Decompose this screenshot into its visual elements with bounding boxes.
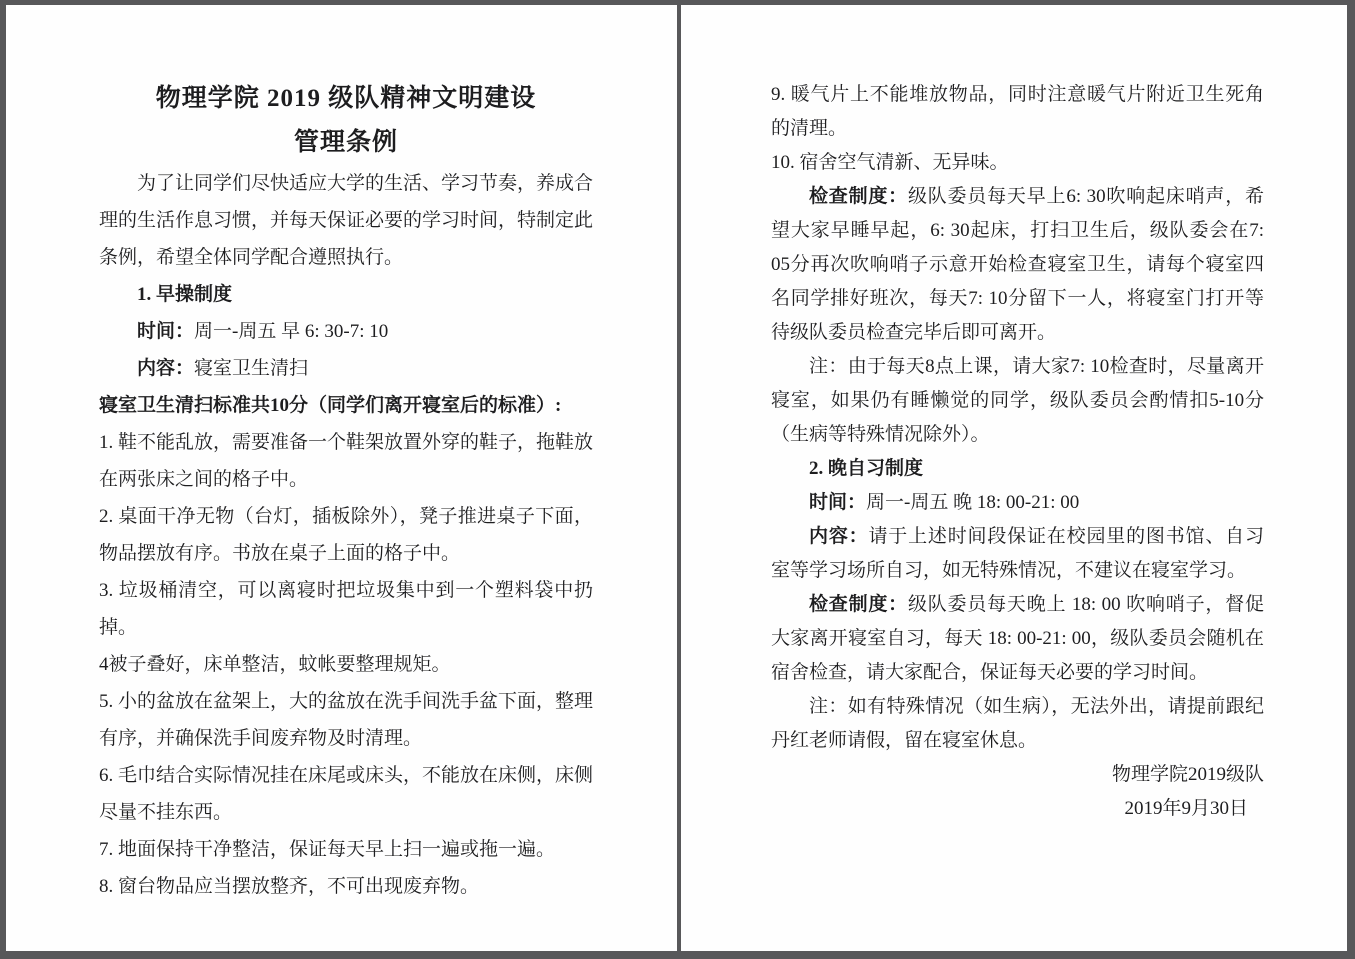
time-label-2: 时间：: [809, 492, 866, 513]
content-label: 内容：: [137, 358, 194, 379]
signature-line: 物理学院2019级队: [771, 758, 1264, 792]
morning-note-paragraph: 注：由于每天8点上课，请大家7: 10检查时，尽量离开寝室，如果仍有睡懒觉的同学…: [771, 350, 1264, 452]
content-value: 寝室卫生清扫: [194, 358, 308, 379]
rule-item-3: 3. 垃圾桶清空，可以离寝时把垃圾集中到一个塑料袋中扔掉。: [99, 572, 593, 646]
page-2: 9. 暖气片上不能堆放物品，同时注意暖气片附近卫生死角的清理。 10. 宿舍空气…: [681, 5, 1347, 951]
rule-item-6: 6. 毛巾结合实际情况挂在床尾或床头，不能放在床侧，床侧尽量不挂东西。: [99, 757, 593, 831]
intro-paragraph: 为了让同学们尽快适应大学的生活、学习节奏，养成合理的生活作息习惯，并每天保证必要…: [99, 165, 593, 276]
page-1: 物理学院 2019 级队精神文明建设 管理条例 为了让同学们尽快适应大学的生活、…: [6, 5, 677, 951]
content-label-2: 内容：: [809, 526, 868, 547]
date-line: 2019年9月30日: [771, 792, 1264, 826]
rule-item-1: 1. 鞋不能乱放，需要准备一个鞋架放置外穿的鞋子，拖鞋放在两张床之间的格子中。: [99, 424, 593, 498]
rule-item-9: 9. 暖气片上不能堆放物品，同时注意暖气片附近卫生死角的清理。: [771, 78, 1264, 146]
time-value-2: 周一-周五 晚 18: 00-21: 00: [866, 492, 1079, 513]
evening-check-paragraph: 检查制度：级队委员每天晚上 18: 00 吹响哨子，督促大家离开寝室自习，每天 …: [771, 588, 1264, 690]
document-title-line2: 管理条例: [99, 121, 593, 165]
document-title-line1: 物理学院 2019 级队精神文明建设: [99, 77, 593, 121]
section-2-time-row: 时间：周一-周五 晚 18: 00-21: 00: [771, 486, 1264, 520]
rule-item-5: 5. 小的盆放在盆架上，大的盆放在洗手间洗手盆下面，整理有序，并确保洗手间废弃物…: [99, 683, 593, 757]
time-value: 周一-周五 早 6: 30-7: 10: [194, 321, 388, 342]
section-1-heading: 1. 早操制度: [99, 276, 593, 313]
rule-item-10: 10. 宿舍空气清新、无异味。: [771, 146, 1264, 180]
rule-item-7: 7. 地面保持干净整洁，保证每天早上扫一遍或拖一遍。: [99, 831, 593, 868]
check-system-label-2: 检查制度：: [809, 594, 908, 615]
section-1-time-row: 时间：周一-周五 早 6: 30-7: 10: [99, 313, 593, 350]
check-system-label: 检查制度：: [809, 186, 908, 207]
section-2-content-paragraph: 内容：请于上述时间段保证在校园里的图书馆、自习室等学习场所自习，如无特殊情况，不…: [771, 520, 1264, 588]
document-spread: 物理学院 2019 级队精神文明建设 管理条例 为了让同学们尽快适应大学的生活、…: [0, 0, 1355, 959]
check-system-text: 级队委员每天早上6: 30吹响起床哨声，希望大家早睡早起，6: 30起床，打扫卫…: [771, 186, 1264, 343]
time-label: 时间：: [137, 321, 194, 342]
rule-item-2: 2. 桌面干净无物（台灯，插板除外），凳子推进桌子下面，物品摆放有序。书放在桌子…: [99, 498, 593, 572]
cleaning-standard-heading: 寝室卫生清扫标准共10分（同学们离开寝室后的标准）:: [99, 387, 593, 424]
section-2-heading: 2. 晚自习制度: [771, 452, 1264, 486]
evening-note-paragraph: 注：如有特殊情况（如生病），无法外出，请提前跟纪丹红老师请假，留在寝室休息。: [771, 690, 1264, 758]
morning-check-paragraph: 检查制度：级队委员每天早上6: 30吹响起床哨声，希望大家早睡早起，6: 30起…: [771, 180, 1264, 350]
rule-item-4: 4被子叠好，床单整洁，蚊帐要整理规矩。: [99, 646, 593, 683]
section-1-content-row: 内容：寝室卫生清扫: [99, 350, 593, 387]
rule-item-8: 8. 窗台物品应当摆放整齐，不可出现废弃物。: [99, 868, 593, 905]
